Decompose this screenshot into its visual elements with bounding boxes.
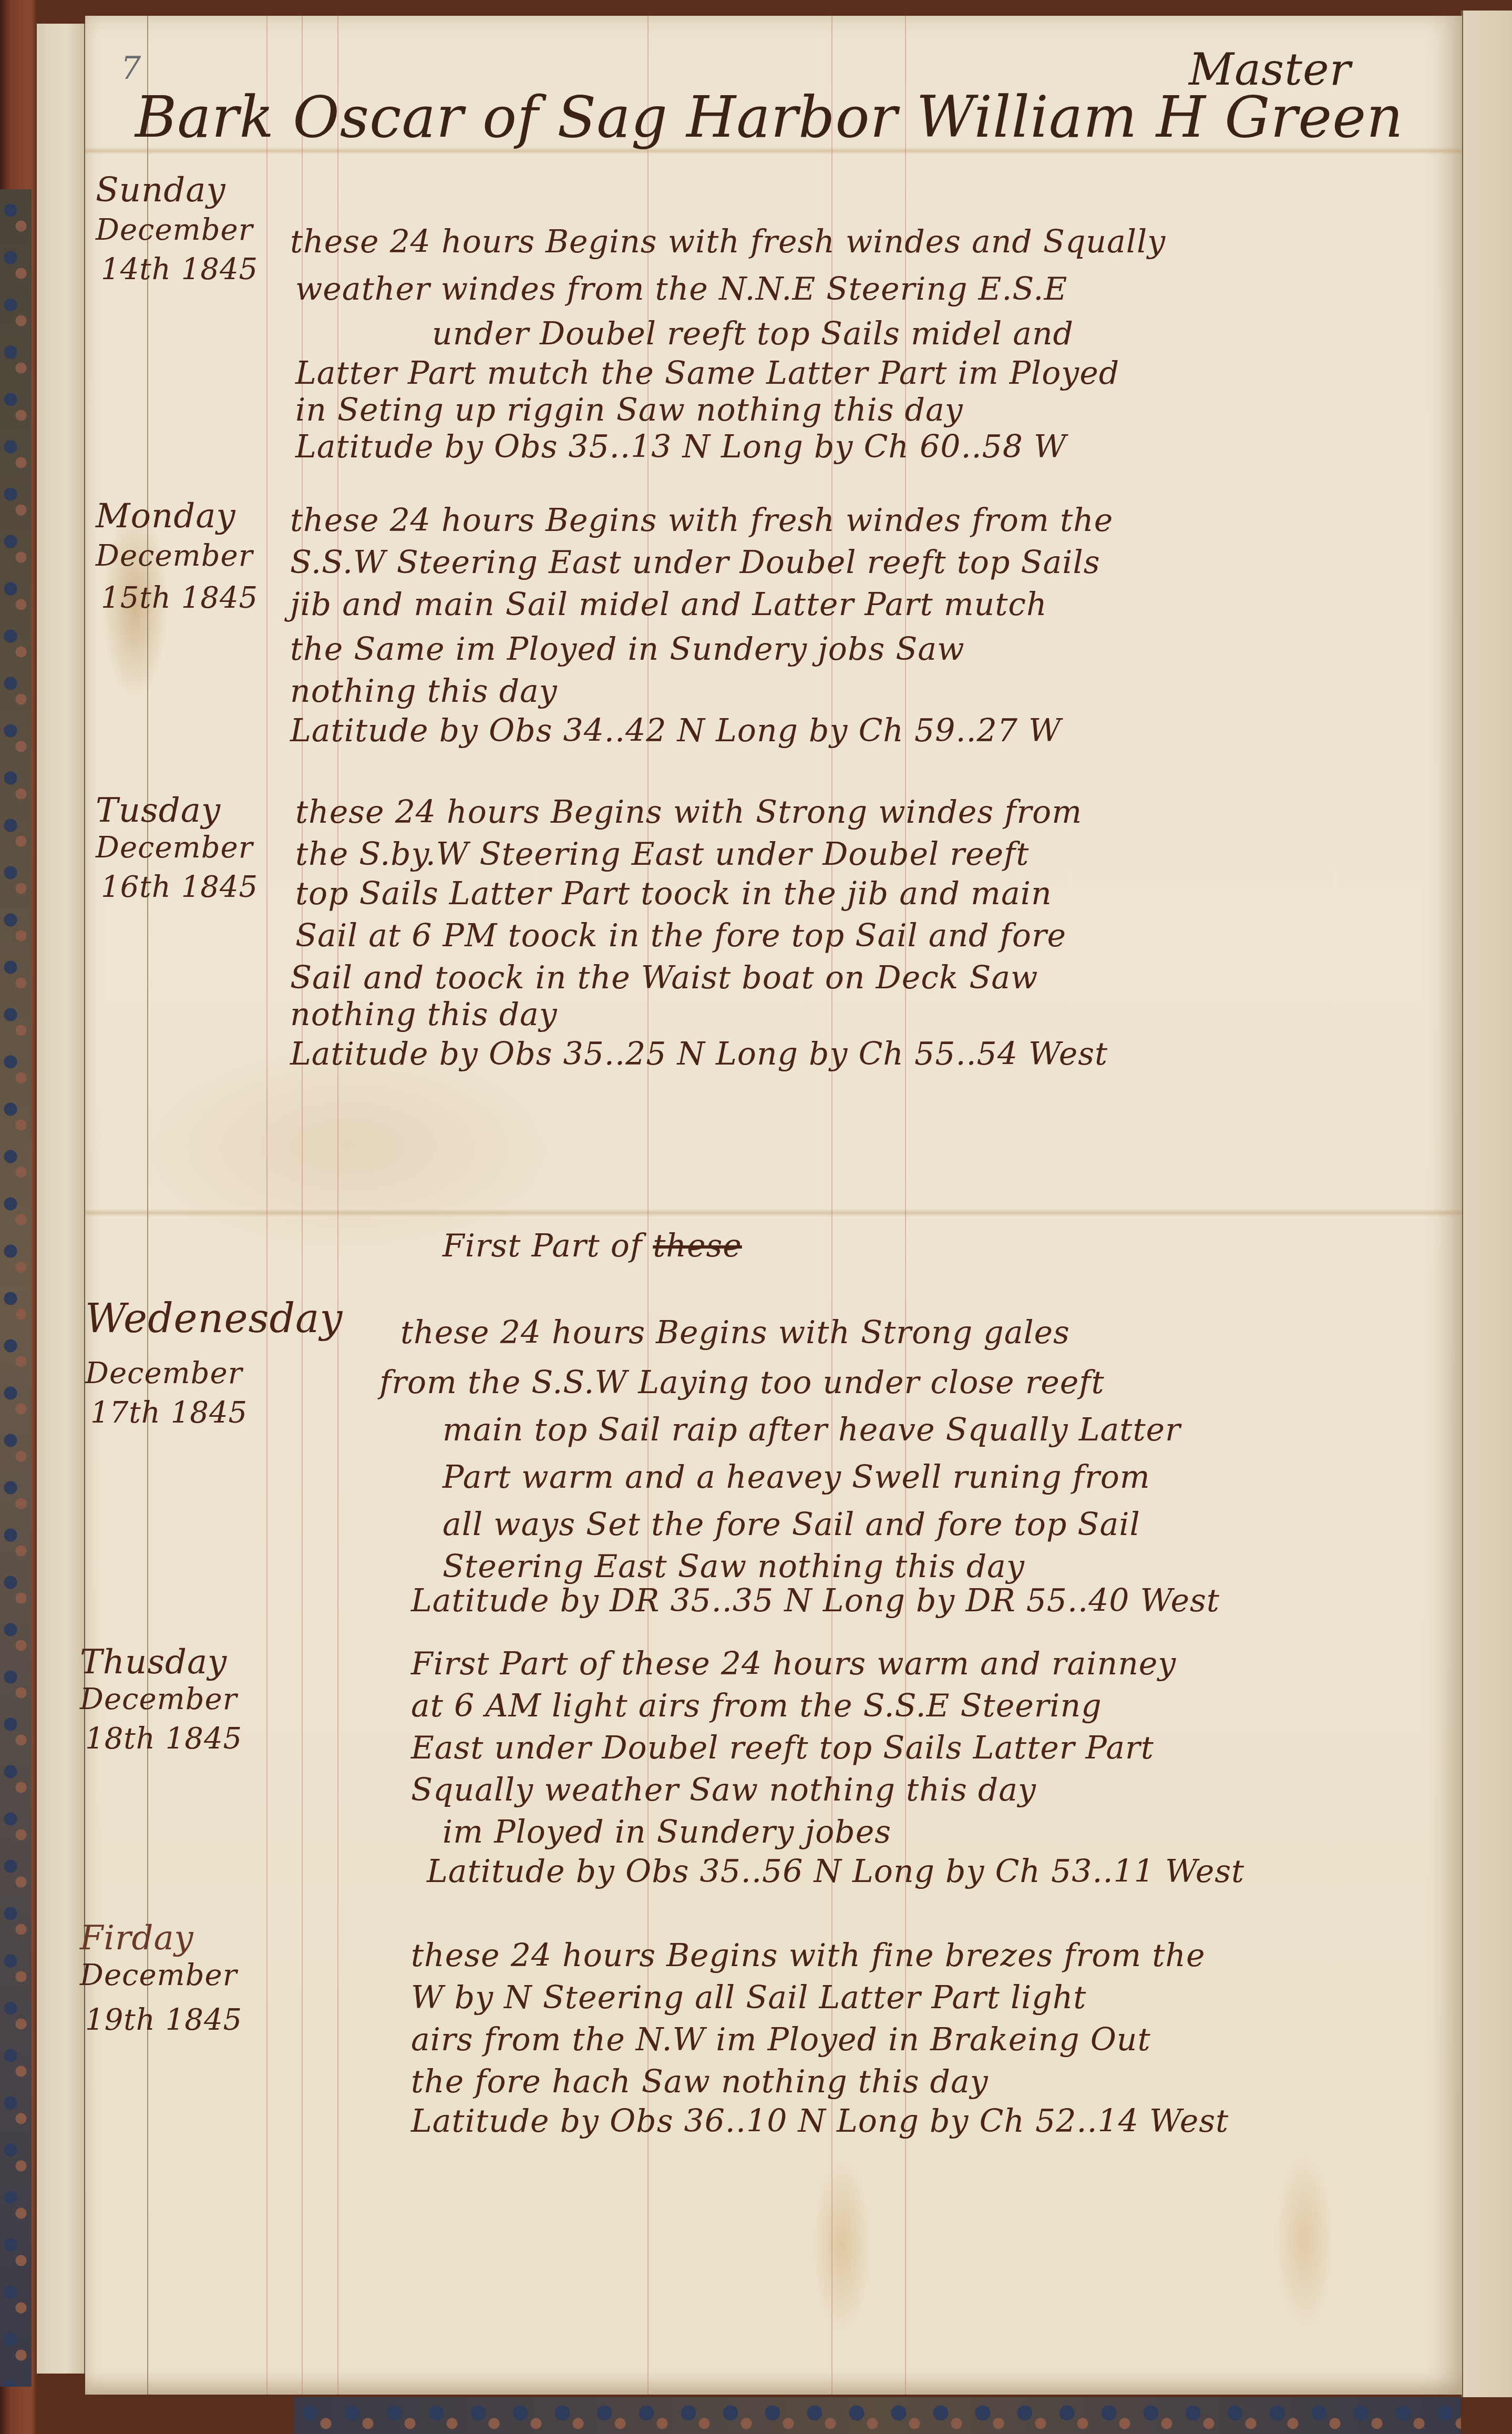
log-line: under Doubel reeft top Sails midel and xyxy=(432,318,1074,350)
pre-note-text: First Part of xyxy=(443,1228,642,1264)
log-line: Sail and toock in the Waist boat on Deck… xyxy=(290,962,1038,994)
entry-day: Wedenesday xyxy=(85,1298,343,1338)
ruled-line xyxy=(266,16,268,2395)
fold-line xyxy=(85,1209,1462,1216)
entry-date: 16th 1845 xyxy=(101,873,258,902)
entry-month: December xyxy=(96,833,253,863)
log-line: weather windes from the N.N.E Steering E… xyxy=(295,273,1067,305)
log-line: S.S.W Steering East under Doubel reeft t… xyxy=(290,547,1100,578)
log-line: these 24 hours Begins with fresh windes … xyxy=(290,226,1166,258)
entry-day: Thusday xyxy=(80,1645,227,1679)
log-line: the S.by.W Steering East under Doubel re… xyxy=(295,838,1029,870)
marbled-edge xyxy=(0,189,32,2387)
log-line: Part warm and a heavey Swell runing from xyxy=(443,1461,1150,1493)
log-line: Squally weather Saw nothing this day xyxy=(411,1774,1036,1806)
page-title: Bark Oscar of Sag Harbor William H Green xyxy=(135,89,1404,146)
log-line: these 24 hours Begins with fresh windes … xyxy=(290,505,1113,536)
page-edge xyxy=(1461,11,1512,2397)
pre-note: First Part of these xyxy=(443,1230,742,1262)
log-line: First Part of these 24 hours warm and ra… xyxy=(411,1648,1176,1680)
log-line: W by N Steering all Sail Latter Part lig… xyxy=(411,1982,1086,2013)
position-line: Latitude by Obs 36..10 N Long by Ch 52..… xyxy=(411,2105,1229,2137)
log-line: these 24 hours Begins with Strong gales xyxy=(400,1317,1070,1348)
position-line: Latitude by DR 35..35 N Long by DR 55..4… xyxy=(411,1585,1220,1617)
entry-month: December xyxy=(96,216,253,245)
log-line: the Same im Ployed in Sundery jobs Saw xyxy=(290,633,965,665)
entry-date: 14th 1845 xyxy=(101,255,258,284)
entry-day: Sunday xyxy=(96,173,226,207)
position-line: Latitude by Obs 35..13 N Long by Ch 60..… xyxy=(295,431,1067,463)
entry-day: Tusday xyxy=(96,794,221,827)
log-line: from the S.S.W Laying too under close re… xyxy=(379,1367,1105,1398)
entry-day: Monday xyxy=(96,499,236,533)
master-label: Master xyxy=(1189,47,1351,91)
margin-mark: 7 xyxy=(121,53,141,84)
flyleaf xyxy=(37,24,86,2374)
struck-word: these xyxy=(653,1228,742,1264)
log-line: at 6 AM light airs from the S.S.E Steeri… xyxy=(411,1690,1102,1722)
marbled-edge-bottom xyxy=(294,2397,1461,2434)
entry-date: 17th 1845 xyxy=(90,1398,248,1428)
entry-date: 18th 1845 xyxy=(85,1724,242,1754)
log-line: East under Doubel reeft top Sails Latter… xyxy=(411,1732,1154,1764)
log-line: nothing this day xyxy=(290,676,558,707)
log-line: Latter Part mutch the Same Latter Part i… xyxy=(295,357,1119,389)
log-line: im Ployed in Sundery jobes xyxy=(443,1816,891,1848)
log-line: top Sails Latter Part toock in the jib a… xyxy=(295,878,1052,909)
entry-month: December xyxy=(85,1359,242,1388)
log-line: the fore hach Saw nothing this day xyxy=(411,2066,989,2098)
log-line: in Seting up riggin Saw nothing this day xyxy=(295,394,963,426)
log-line: all ways Set the fore Sail and fore top … xyxy=(443,1509,1140,1540)
log-line: jib and main Sail midel and Latter Part … xyxy=(290,589,1047,620)
position-line: Latitude by Obs 35..56 N Long by Ch 53..… xyxy=(427,1856,1244,1887)
entry-month: December xyxy=(80,1961,237,1990)
log-line: these 24 hours Begins with Strong windes… xyxy=(295,796,1082,828)
log-line: these 24 hours Begins with fine brezes f… xyxy=(411,1940,1206,1971)
log-line: airs from the N.W im Ployed in Brakeing … xyxy=(411,2024,1151,2055)
entry-date: 15th 1845 xyxy=(101,584,258,613)
log-line: main top Sail raip after heave Squally L… xyxy=(443,1414,1181,1446)
entry-month: December xyxy=(80,1685,237,1714)
log-line: nothing this day xyxy=(290,999,558,1030)
log-line: Steering East Saw nothing this day xyxy=(443,1551,1025,1582)
entry-date: 19th 1845 xyxy=(85,2006,242,2035)
margin-rule xyxy=(147,16,148,2395)
log-line: Sail at 6 PM toock in the fore top Sail … xyxy=(295,920,1066,952)
entry-day: Firday xyxy=(80,1921,194,1955)
entry-month: December xyxy=(96,541,253,571)
position-line: Latitude by Obs 35..25 N Long by Ch 55..… xyxy=(290,1038,1108,1070)
position-line: Latitude by Obs 34..42 N Long by Ch 59..… xyxy=(290,715,1062,746)
logbook-page: 7 Bark Oscar of Sag Harbor William H Gre… xyxy=(85,16,1462,2395)
